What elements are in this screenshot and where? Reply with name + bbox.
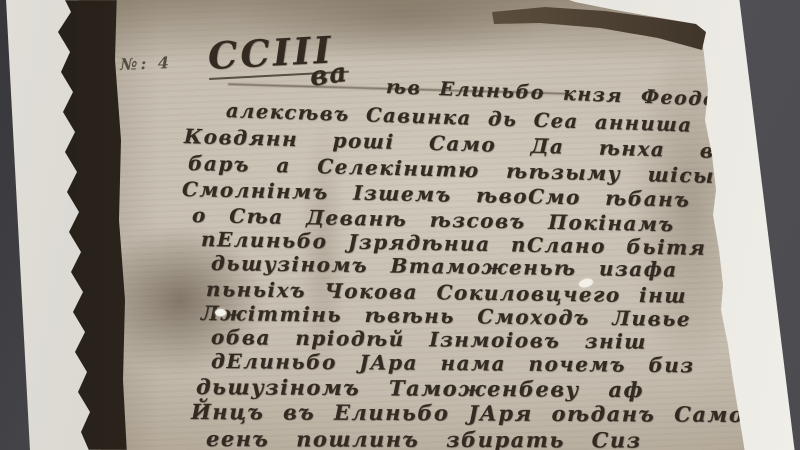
manuscript-line: дьшузіномъ Втаможеньѣ изафа xyxy=(211,251,678,282)
paper-damage-fleck xyxy=(215,309,226,316)
manuscript-line: дЕлиньбо ЈАра нама почемъ биз xyxy=(211,349,695,377)
manuscript-line: дьшузіномъ Таможенбеву аф xyxy=(196,374,644,402)
flourish-mark: ва xyxy=(308,57,350,93)
manuscript-line: Йнцъ въ Елиньбо ЈАря оѣданъ Само xyxy=(191,399,745,427)
manuscript-line: еенъ пошлинъ збирать Сиз xyxy=(206,426,642,450)
photo-of-manuscript: №: 4 ССІІІ ва ѣв Елиньбо кнзя Феодора ал… xyxy=(0,0,800,450)
archive-number: №: 4 xyxy=(120,53,173,74)
manuscript-paper: №: 4 ССІІІ ва ѣв Елиньбо кнзя Феодора ал… xyxy=(0,0,800,450)
